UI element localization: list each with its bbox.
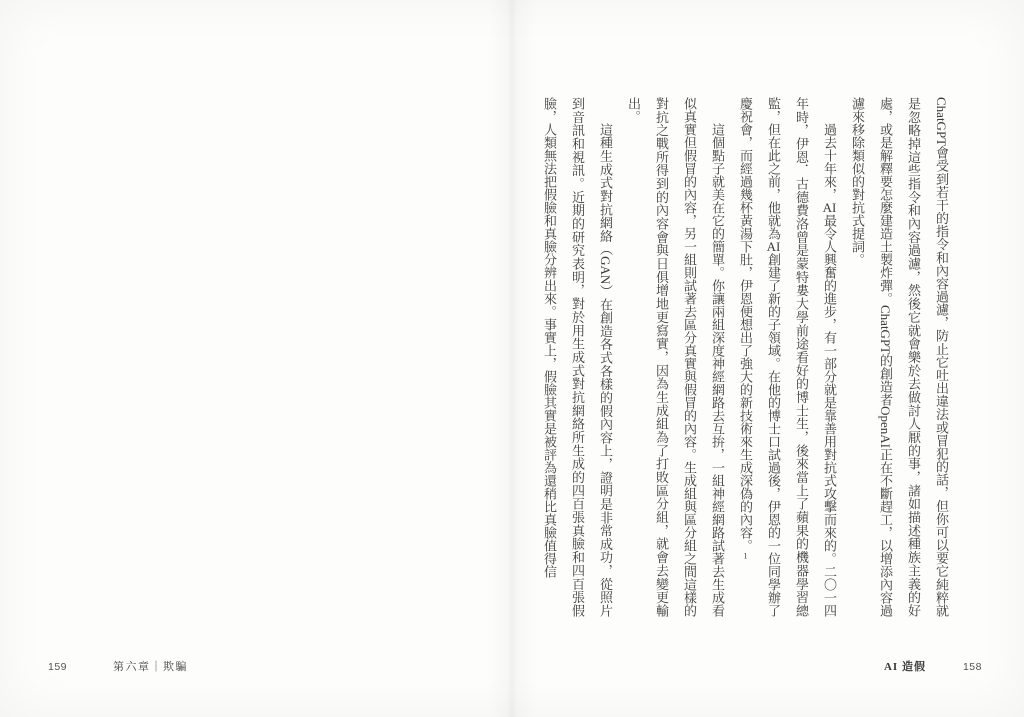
page-159-footer: 159 第六章｜欺騙 (48, 658, 188, 674)
page-number: 158 (963, 661, 982, 673)
book-running-title: AI 造假 (884, 658, 926, 674)
tatechuyoko-latin: AI (766, 240, 781, 253)
page-158-footer: AI 造假 158 (884, 658, 982, 674)
page-158: ChatGPT會受到若干的指令和內容過濾，防止它吐出違法或冒犯的話，但你可以要它… (512, 0, 1024, 717)
paragraph: ChatGPT會受到若干的指令和內容過濾，防止它吐出違法或冒犯的話，但你可以要它… (843, 97, 955, 617)
page-number: 159 (48, 661, 67, 673)
page-159: 賴。在研究中，被參與者評為最值得信賴的三張臉全是假臉，而被評為最不值得信賴的四張… (0, 0, 512, 717)
footnote-marker: 1 (741, 552, 750, 560)
chapter-running-title: 第六章｜欺騙 (113, 658, 188, 674)
page-158-text-block: ChatGPT會受到若干的指令和內容過濾，防止它吐出違法或冒犯的話，但你可以要它… (535, 97, 955, 617)
paragraph: 這個點子就美在它的簡單。你讓兩組深度神經網路去互拚，一組神經網路試著去生成看似真… (619, 97, 731, 617)
paragraph: 這種生成式對抗網絡（GAN）在創造各式各樣的假內容上，證明是非常成功，從照片到音… (535, 97, 619, 617)
tatechuyoko-latin: AI (822, 201, 837, 214)
book-spread: 賴。在研究中，被參與者評為最值得信賴的三張臉全是假臉，而被評為最不值得信賴的四張… (0, 0, 1024, 717)
paragraph: 過去十年來，AI最令人興奮的進步，有一部分就是靠善用對抗式攻擊而來的。二〇一四年… (731, 97, 843, 617)
